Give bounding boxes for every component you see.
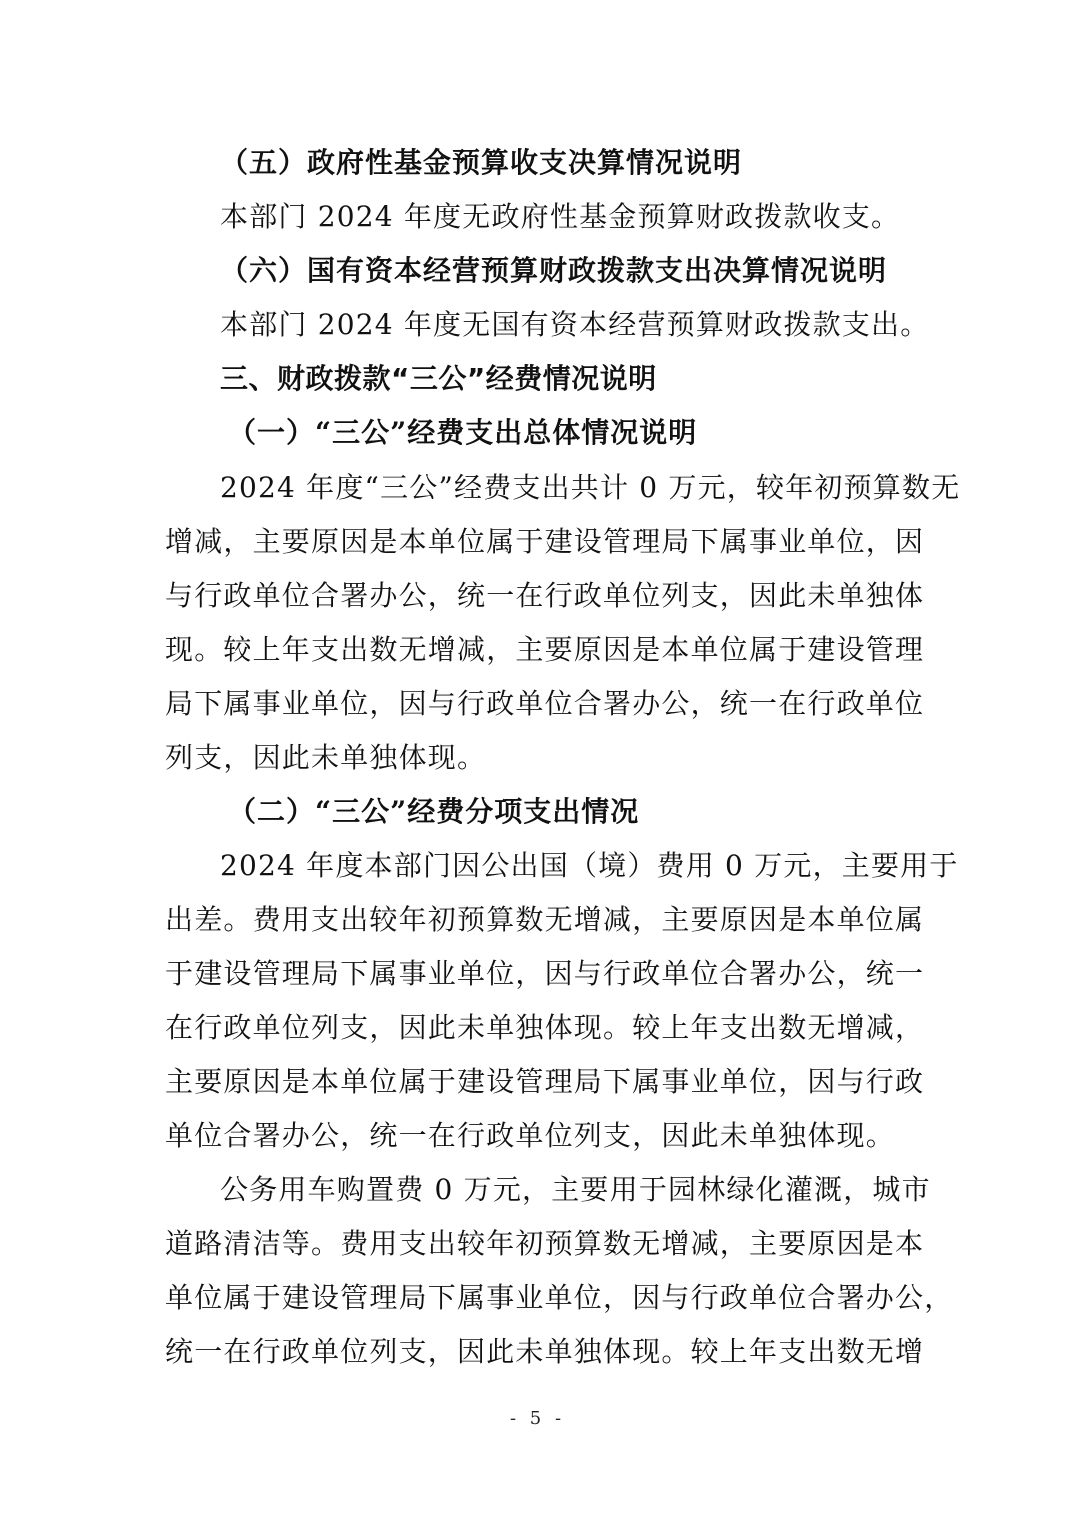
paragraph-line: 公务用车购置费 0 万元，主要用于园林绿化灌溉，城市 xyxy=(220,1170,970,1210)
paragraph-line: 于建设管理局下属事业单位，因与行政单位合署办公，统一 xyxy=(165,954,915,994)
paragraph-line: 本部门 2024 年度无国有资本经营预算财政拨款支出。 xyxy=(220,305,970,345)
section-heading-itemized: （二）“三公”经费分项支出情况 xyxy=(228,792,978,832)
paragraph-line: 2024 年度“三公”经费支出共计 0 万元，较年初预算数无 xyxy=(220,468,970,508)
paragraph-line: 主要原因是本单位属于建设管理局下属事业单位，因与行政 xyxy=(165,1062,915,1102)
paragraph-line: 本部门 2024 年度无政府性基金预算财政拨款收支。 xyxy=(220,197,970,237)
section-heading-government-fund: （五）政府性基金预算收支决算情况说明 xyxy=(220,143,970,183)
paragraph-line: 2024 年度本部门因公出国（境）费用 0 万元，主要用于 xyxy=(220,846,970,886)
chapter-heading-three-public: 三、财政拨款“三公”经费情况说明 xyxy=(220,359,970,399)
section-heading-state-capital: （六）国有资本经营预算财政拨款支出决算情况说明 xyxy=(220,251,970,291)
section-heading-overall: （一）“三公”经费支出总体情况说明 xyxy=(228,413,978,453)
paragraph-line: 增减，主要原因是本单位属于建设管理局下属事业单位，因 xyxy=(165,522,915,562)
paragraph-line: 列支，因此未单独体现。 xyxy=(165,738,915,778)
paragraph-line: 局下属事业单位，因与行政单位合署办公，统一在行政单位 xyxy=(165,684,915,724)
paragraph-line: 在行政单位列支，因此未单独体现。较上年支出数无增减， xyxy=(165,1008,915,1048)
paragraph-line: 出差。费用支出较年初预算数无增减，主要原因是本单位属 xyxy=(165,900,915,940)
page-number: - 5 - xyxy=(0,1408,1075,1429)
paragraph-line: 单位属于建设管理局下属事业单位，因与行政单位合署办公， xyxy=(165,1278,915,1318)
paragraph-line: 统一在行政单位列支，因此未单独体现。较上年支出数无增 xyxy=(165,1332,915,1372)
document-page: （五）政府性基金预算收支决算情况说明 本部门 2024 年度无政府性基金预算财政… xyxy=(0,0,1075,1520)
paragraph-line: 现。较上年支出数无增减，主要原因是本单位属于建设管理 xyxy=(165,630,915,670)
paragraph-line: 道路清洁等。费用支出较年初预算数无增减，主要原因是本 xyxy=(165,1224,915,1264)
paragraph-line: 与行政单位合署办公，统一在行政单位列支，因此未单独体 xyxy=(165,576,915,616)
paragraph-line: 单位合署办公，统一在行政单位列支，因此未单独体现。 xyxy=(165,1116,915,1156)
